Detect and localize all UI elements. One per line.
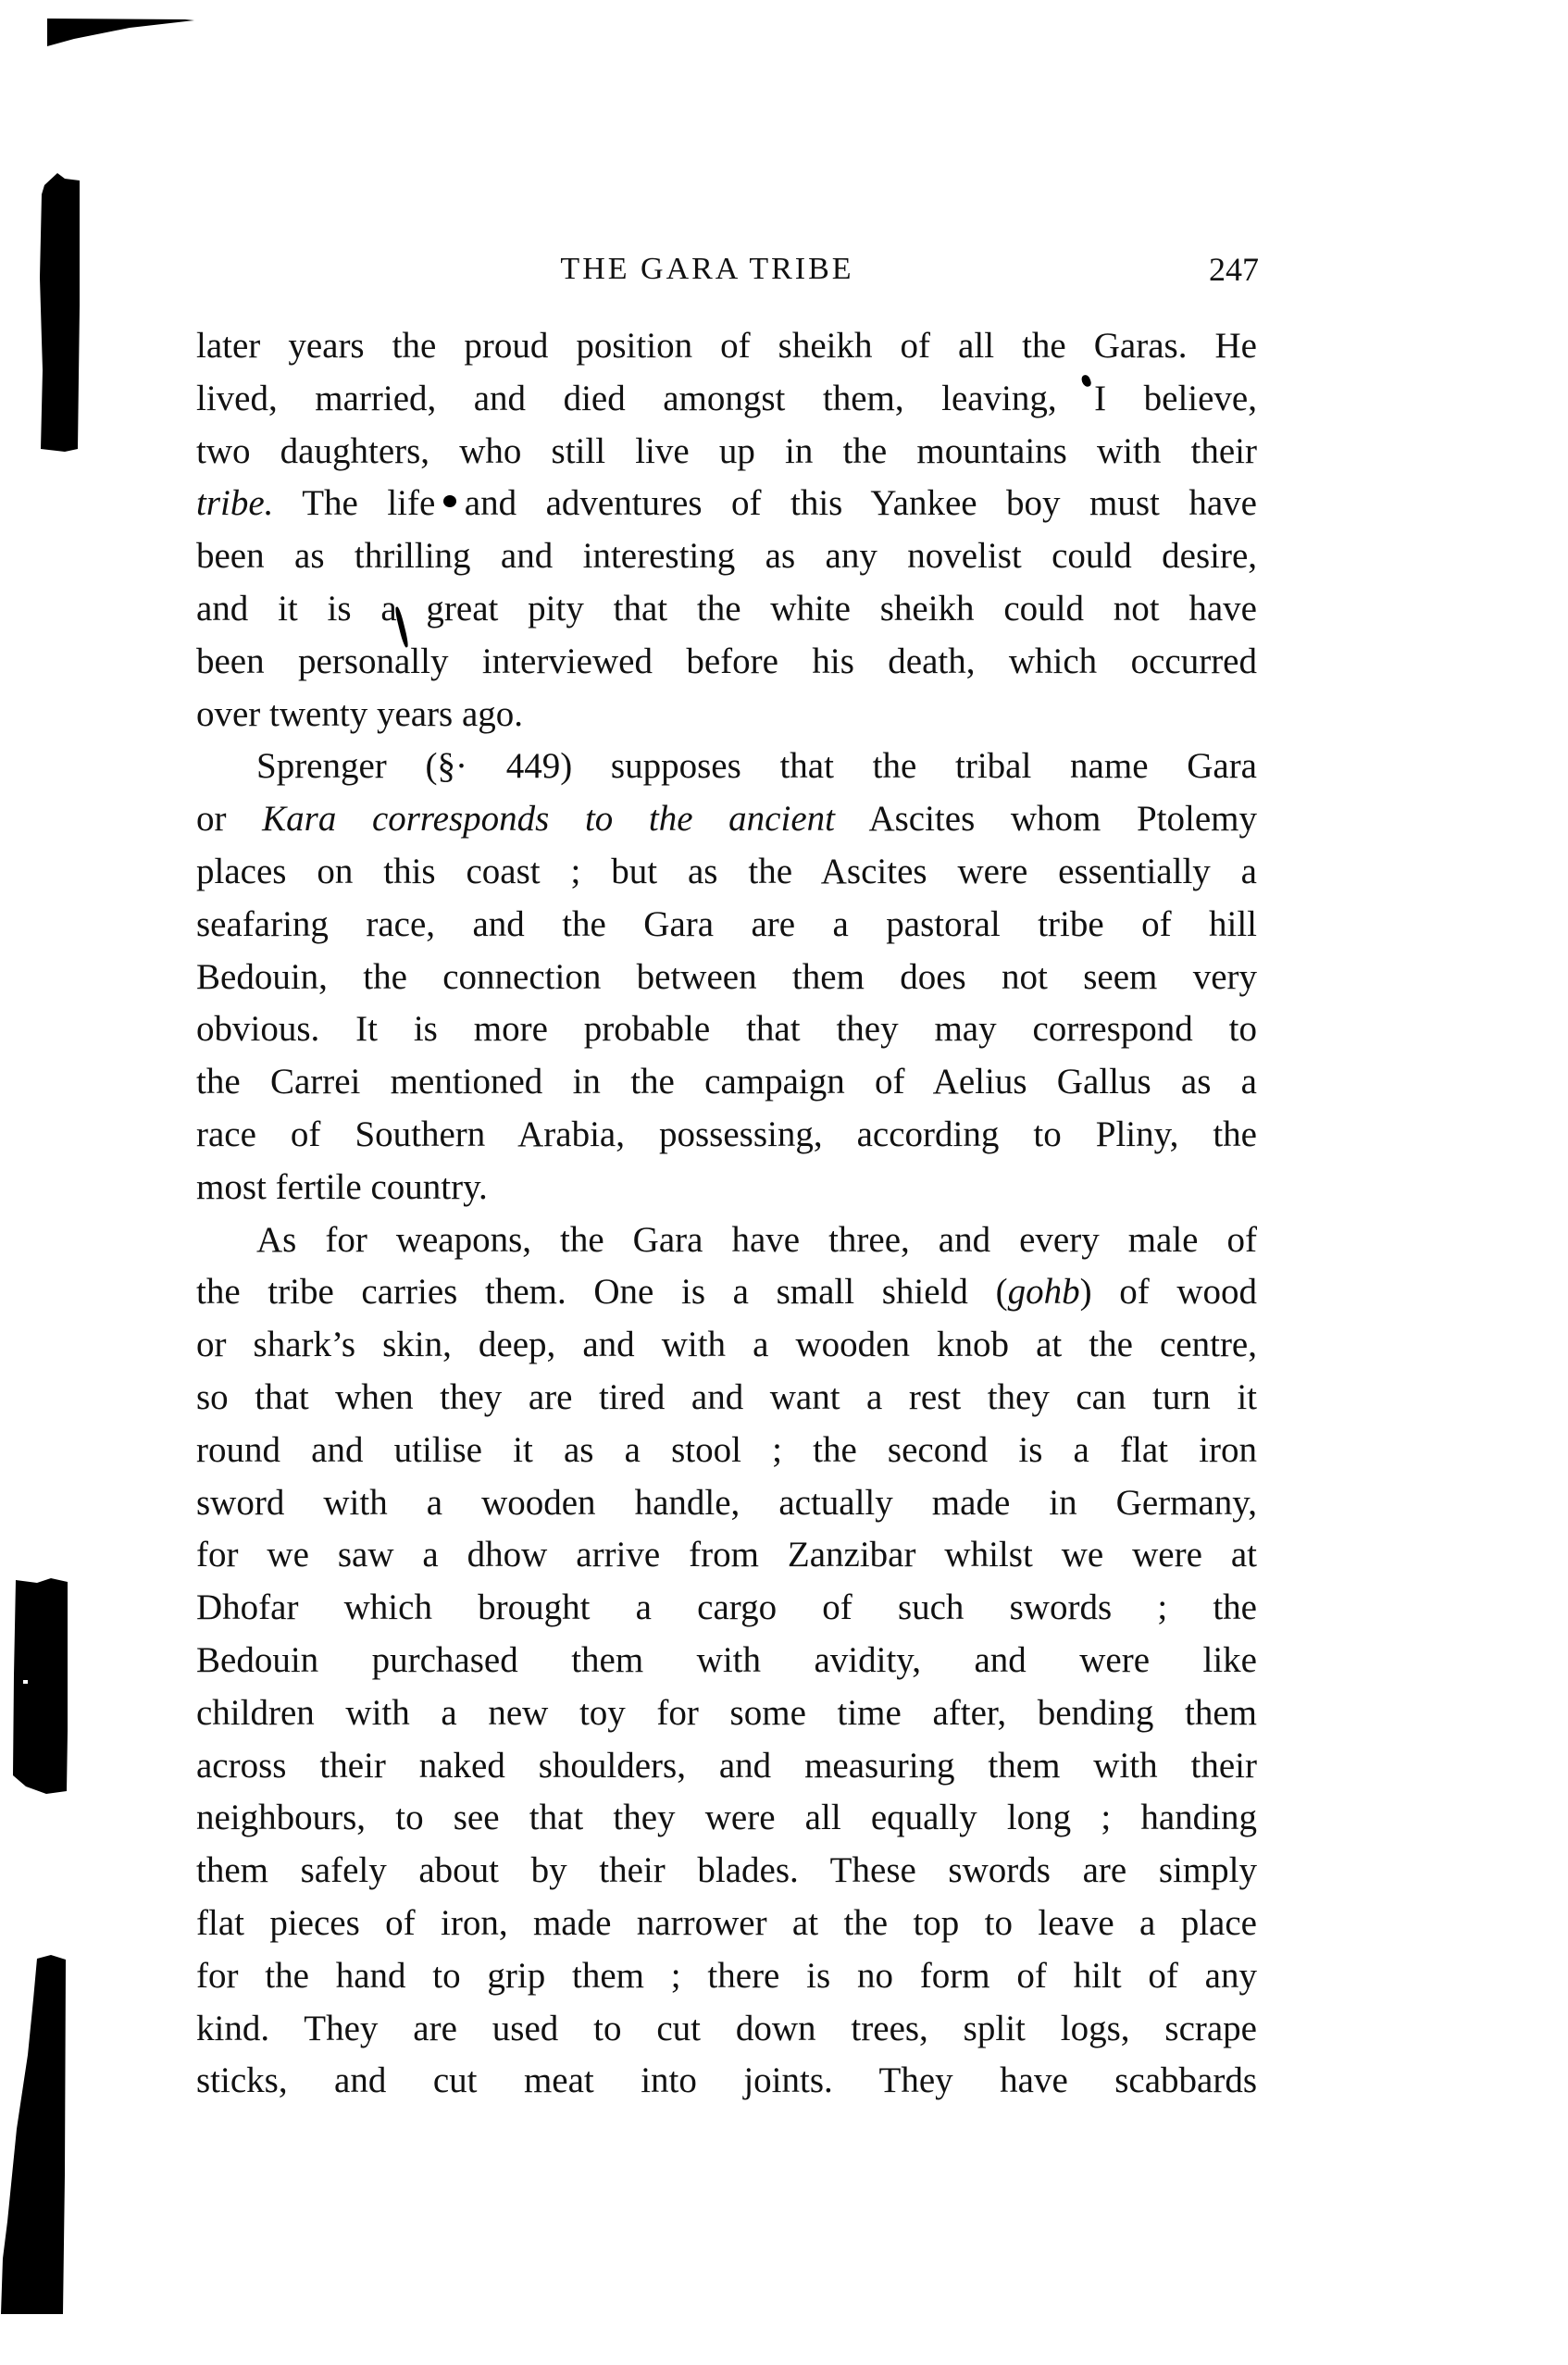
text-line: places on this coast ; but as the Ascite…	[196, 846, 1257, 899]
text-line: obvious. It is more probable that they m…	[196, 1003, 1257, 1056]
text-line: over twenty years ago.	[196, 689, 1257, 741]
text-line: flat pieces of iron, made narrower at th…	[196, 1898, 1257, 1950]
text-line: them safely about by their blades. These…	[196, 1845, 1257, 1898]
italic-text: Kara corresponds to the ancient	[262, 799, 835, 839]
text-line: or Kara corresponds to the ancient Ascit…	[196, 793, 1257, 846]
text-line: the tribe carries them. One is a small s…	[196, 1266, 1257, 1319]
text-line: sticks, and cut meat into joints. They h…	[196, 2055, 1257, 2108]
italic-text: gohb	[1008, 1272, 1080, 1312]
running-header: THE GARA TRIBE 247	[196, 251, 1259, 288]
text-line: Sprenger (§· 449) supposes that the trib…	[196, 741, 1257, 793]
running-title: THE GARA TRIBE	[176, 251, 1238, 288]
scan-margin-bar-top	[0, 0, 111, 481]
text-line: two daughters, who still live up in the …	[196, 426, 1257, 479]
book-page: THE GARA TRIBE 247 later years the proud…	[0, 0, 1568, 2365]
page-number: 247	[1209, 251, 1259, 288]
text-line: As for weapons, the Gara have three, and…	[196, 1214, 1257, 1267]
text-line: the Carrei mentioned in the campaign of …	[196, 1056, 1257, 1109]
ink-blot	[443, 495, 456, 507]
text-line: kind. They are used to cut down trees, s…	[196, 2003, 1257, 2056]
text-line: for we saw a dhow arrive from Zanzibar w…	[196, 1529, 1257, 1582]
text-line: neighbours, to see that they were all eq…	[196, 1792, 1257, 1845]
text-line: sword with a wooden handle, actually mad…	[196, 1477, 1257, 1530]
text-line: round and utilise it as a stool ; the se…	[196, 1425, 1257, 1477]
text-line: Bedouin purchased them with avidity, and…	[196, 1635, 1257, 1687]
text-line: and it is a great pity that the white sh…	[196, 583, 1257, 636]
paragraph: later years the proud position of sheikh…	[196, 320, 1257, 741]
text-line: most fertile country.	[196, 1162, 1257, 1214]
text-line: children with a new toy for some time af…	[196, 1687, 1257, 1740]
text-line: tribe. The life and adventures of this Y…	[196, 478, 1257, 530]
text-line: been personally interviewed before his d…	[196, 636, 1257, 689]
paragraph: Sprenger (§· 449) supposes that the trib…	[196, 741, 1257, 1214]
text-line: later years the proud position of sheikh…	[196, 320, 1257, 373]
text-line: Bedouin, the connection between them doe…	[196, 952, 1257, 1004]
text-line: race of Southern Arabia, possessing, acc…	[196, 1109, 1257, 1162]
text-line: Dhofar which brought a cargo of such swo…	[196, 1582, 1257, 1635]
text-line: across their naked shoulders, and measur…	[196, 1740, 1257, 1793]
paragraph: As for weapons, the Gara have three, and…	[196, 1214, 1257, 2109]
text-line: seafaring race, and the Gara are a pasto…	[196, 899, 1257, 952]
scan-margin-bar-middle	[0, 1564, 111, 1805]
italic-text: tribe.	[196, 483, 273, 523]
text-line: or shark’s skin, deep, and with a wooden…	[196, 1319, 1257, 1372]
scan-margin-bar-bottom	[0, 1944, 111, 2333]
body-text: later years the proud position of sheikh…	[196, 320, 1257, 2108]
text-line: been as thrilling and interesting as any…	[196, 530, 1257, 583]
text-line: lived, married, and died amongst them, l…	[196, 373, 1257, 426]
text-line: for the hand to grip them ; there is no …	[196, 1950, 1257, 2003]
text-line: so that when they are tired and want a r…	[196, 1372, 1257, 1425]
